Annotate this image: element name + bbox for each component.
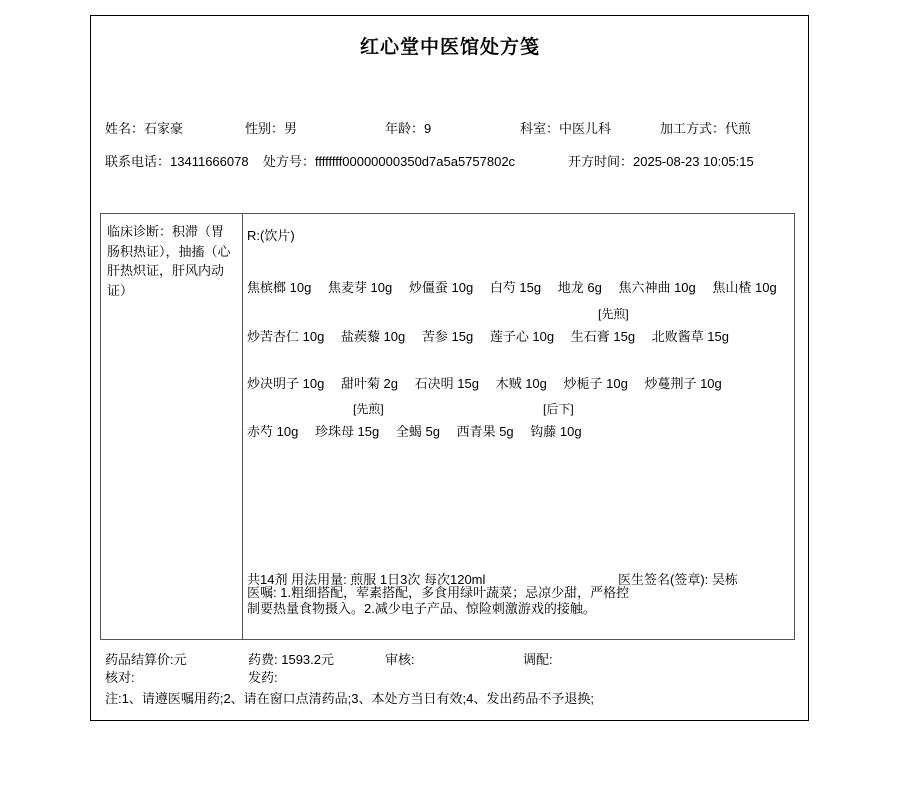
doctor-signature-name: 吴栋: [712, 572, 738, 587]
field-phone-label: 联系电话：: [105, 154, 170, 169]
field-phone-value: 13411666078: [170, 154, 249, 169]
field-gender: 性别：男: [245, 118, 297, 137]
dispense-field: 调配:: [523, 649, 553, 668]
decoct-first-note: [先煎]: [353, 400, 384, 417]
fee-value: 1593.2元: [281, 652, 334, 667]
review-field: 审核:: [385, 649, 415, 668]
field-department-value: 中医儿科: [559, 121, 611, 136]
herb-line-2: 炒苦杏仁 10g 盐蒺藜 10g 苦参 15g 莲子心 10g 生石膏 15g …: [247, 326, 742, 345]
diagnosis-divider: [242, 214, 243, 639]
herb-item: 莲子心 10g: [490, 326, 554, 345]
field-name-label: 姓名：: [105, 121, 144, 136]
herb-item: 全蝎 5g: [396, 421, 440, 440]
field-name: 姓名：石家豪: [105, 118, 183, 137]
field-department: 科室：中医儿科: [520, 118, 611, 137]
field-processing: 加工方式：代煎: [660, 118, 751, 137]
field-department-label: 科室：: [520, 121, 559, 136]
clinical-diagnosis-label: 临床诊断：: [107, 224, 172, 239]
field-age-label: 年龄：: [385, 121, 424, 136]
footer-note: 注:1、请遵医嘱用药;2、请在窗口点清药品;3、本处方当日有效;4、发出药品不予…: [105, 688, 594, 707]
field-rx-number-value: ffffffff00000000350d7a5a5757802c: [315, 154, 515, 169]
herb-item: 炒决明子 10g: [247, 373, 324, 392]
field-gender-value: 男: [284, 121, 297, 136]
herb-item: 赤芍 10g: [247, 421, 298, 440]
field-processing-label: 加工方式：: [660, 121, 725, 136]
prescription-box: 临床诊断：积滞（胃肠积热证），抽搐（心肝热炽证，肝风内动证） R:(饮片) 焦槟…: [100, 213, 795, 640]
herb-item: 珍珠母 15g: [315, 421, 379, 440]
decoct-first-note: [先煎]: [598, 305, 629, 322]
herb-item: 西青果 5g: [457, 421, 514, 440]
herb-item: 白芍 15g: [490, 277, 541, 296]
field-gender-label: 性别：: [245, 121, 284, 136]
settle-price-field: 药品结算价:元: [105, 649, 187, 668]
herb-line-3: 炒决明子 10g 甜叶菊 2g 石决明 15g 木贼 10g 炒栀子 10g 炒…: [247, 373, 735, 392]
herb-item: 苦参 15g: [422, 326, 473, 345]
herb-item: 甜叶菊 2g: [341, 373, 398, 392]
field-age: 年龄：9: [385, 118, 431, 137]
field-phone: 联系电话：13411666078: [105, 151, 249, 170]
rx-header: R:(饮片): [247, 225, 295, 244]
fee-label: 药费:: [248, 652, 281, 667]
herb-item: 焦麦芽 10g: [328, 277, 392, 296]
herb-line-1: 焦槟榔 10g 焦麦芽 10g 炒僵蚕 10g 白芍 15g 地龙 6g 焦六神…: [247, 277, 790, 296]
page-title: 红心堂中医馆处方笺: [90, 32, 810, 59]
check-field: 核对:: [105, 667, 135, 686]
herb-item: 盐蒺藜 10g: [341, 326, 405, 345]
herb-item: 北败酱草 15g: [652, 326, 729, 345]
herb-item: 焦槟榔 10g: [247, 277, 311, 296]
herb-item: 炒蔓荆子 10g: [644, 373, 721, 392]
add-later-note: [后下]: [543, 400, 574, 417]
clinical-diagnosis: 临床诊断：积滞（胃肠积热证），抽搐（心肝热炽证，肝风内动证）: [107, 222, 237, 300]
field-name-value: 石家豪: [144, 121, 183, 136]
field-processing-value: 代煎: [725, 121, 751, 136]
herb-item: 石决明 15g: [415, 373, 479, 392]
herb-item: 生石膏 15g: [571, 326, 635, 345]
field-rx-time-value: 2025-08-23 10:05:15: [633, 154, 754, 169]
settle-price-label: 药品结算价:: [105, 652, 174, 667]
field-rx-number-label: 处方号：: [263, 154, 315, 169]
herb-item: 焦六神曲 10g: [618, 277, 695, 296]
field-rx-number: 处方号：ffffffff00000000350d7a5a5757802c: [263, 151, 515, 170]
herb-item: 炒栀子 10g: [564, 373, 628, 392]
herb-line-4: 赤芍 10g 珍珠母 15g 全蝎 5g 西青果 5g 钩藤 10g: [247, 421, 595, 440]
herb-item: 炒苦杏仁 10g: [247, 326, 324, 345]
settle-price-value: 元: [174, 652, 187, 667]
herb-item: 地龙 6g: [558, 277, 602, 296]
herb-item: 木贼 10g: [496, 373, 547, 392]
issue-field: 发药:: [248, 667, 278, 686]
herb-item: 焦山楂 10g: [712, 277, 776, 296]
herb-item: 钩藤 10g: [530, 421, 581, 440]
fee-field: 药费: 1593.2元: [248, 649, 334, 668]
field-rx-time-label: 开方时间：: [568, 154, 633, 169]
field-age-value: 9: [424, 121, 431, 136]
herb-item: 炒僵蚕 10g: [409, 277, 473, 296]
medical-advice: 医嘱: 1.粗细搭配，荤素搭配，多食用绿叶蔬菜；忌凉少甜，严格控制要热量食物摄入…: [247, 585, 639, 617]
field-rx-time: 开方时间：2025-08-23 10:05:15: [568, 151, 754, 170]
